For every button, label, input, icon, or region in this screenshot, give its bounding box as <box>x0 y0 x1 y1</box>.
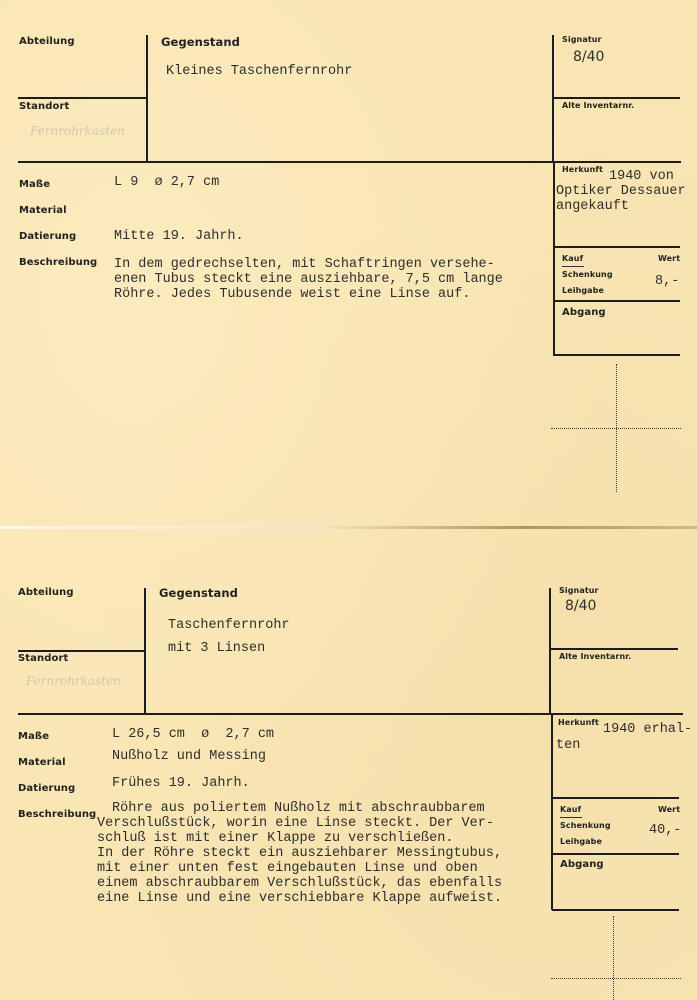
label-datierung: Datierung <box>19 231 76 242</box>
label-kauf: Kauf <box>560 805 581 814</box>
label-schenkung: Schenkung <box>562 270 613 279</box>
label-gegenstand: Gegenstand <box>159 586 238 600</box>
label-signatur: Signatur <box>562 35 602 44</box>
gegenstand-line-1: Taschenfernrohr <box>168 618 290 633</box>
label-beschreibung: Beschreibung <box>19 257 97 268</box>
divider-wert-abgang <box>553 300 680 302</box>
inventory-card-1: Abteilung Gegenstand Standort Signatur A… <box>0 0 697 527</box>
kauf-underline <box>560 817 582 818</box>
beschreibung-line: Verschlußstück, worin eine Linse steckt.… <box>97 816 494 831</box>
beschreibung-line: mit einer unten fest eingebauten Linse u… <box>97 861 478 876</box>
label-leihgabe: Leihgabe <box>562 286 604 295</box>
datierung-value: Frühes 19. Jahrh. <box>112 776 250 791</box>
divider-abgang-bottom <box>552 909 679 911</box>
divider-herkunft-vertical <box>553 163 555 356</box>
label-material: Material <box>19 205 67 216</box>
label-masse: Maße <box>18 731 49 742</box>
divider-left-vertical <box>146 35 148 162</box>
masse-value: L 9 ø 2,7 cm <box>114 175 219 190</box>
beschreibung-line: In dem gedrechselten, mit Schaftringen v… <box>114 257 495 272</box>
gegenstand-line-2: mit 3 Linsen <box>168 641 265 656</box>
label-herkunft: Herkunft <box>562 165 603 174</box>
punch-cross-horizontal <box>551 428 681 429</box>
label-standort: Standort <box>18 653 68 664</box>
signatur-value: 8/40 <box>573 50 604 65</box>
material-value: Nußholz und Messing <box>112 749 266 764</box>
herkunft-line-1: 1940 von <box>609 169 674 184</box>
gegenstand-line-1: Kleines Taschenfernrohr <box>166 64 352 79</box>
label-herkunft: Herkunft <box>558 718 599 727</box>
herkunft-line-3: angekauft <box>556 199 629 214</box>
label-alte-inventarnr: Alte Inventarnr. <box>562 101 634 110</box>
divider-abteilung-standort <box>18 97 146 99</box>
divider-abteilung-standort <box>18 650 144 652</box>
label-alte-inventarnr: Alte Inventarnr. <box>559 652 631 661</box>
beschreibung-line: einem abschraubbarem Verschlußstück, das… <box>97 876 502 891</box>
datierung-value: Mitte 19. Jahrh. <box>114 229 244 244</box>
punch-cross-vertical <box>613 916 614 1000</box>
divider-signatur-inventar <box>553 97 680 99</box>
label-wert: Wert <box>658 805 680 814</box>
herkunft-line-2: Optiker Dessauer <box>556 184 686 199</box>
label-signatur: Signatur <box>559 586 599 595</box>
label-material: Material <box>18 757 66 768</box>
herkunft-line-2: ten <box>556 738 580 753</box>
standort-handwritten: Fernrohrkasten <box>30 124 125 138</box>
wert-value: 8,- <box>655 274 679 289</box>
label-datierung: Datierung <box>18 783 75 794</box>
label-schenkung: Schenkung <box>560 821 611 830</box>
divider-header-main <box>18 713 683 715</box>
label-gegenstand: Gegenstand <box>161 35 240 49</box>
label-abteilung: Abteilung <box>19 36 75 47</box>
beschreibung-line: Röhre aus poliertem Nußholz mit abschrau… <box>112 801 485 816</box>
beschreibung-line: enen Tubus steckt eine ausziehbare, 7,5 … <box>114 272 503 287</box>
punch-cross-horizontal <box>551 978 681 979</box>
beschreibung-line: In der Röhre steckt ein ausziehbarer Mes… <box>97 846 502 861</box>
divider-right-vertical <box>552 35 554 162</box>
divider-signatur-inventar <box>550 648 678 650</box>
divider-header-main <box>18 161 681 163</box>
label-masse: Maße <box>19 179 50 190</box>
divider-herkunft-wert <box>552 797 679 799</box>
label-wert: Wert <box>658 254 680 263</box>
label-kauf: Kauf <box>562 254 583 263</box>
herkunft-line-1: 1940 erhal- <box>603 722 692 737</box>
beschreibung-line: eine Linse und eine verschiebbare Klappe… <box>97 891 502 906</box>
divider-abgang-bottom <box>553 354 680 356</box>
label-abgang: Abgang <box>560 859 604 870</box>
beschreibung-line: Röhre. Jedes Tubusende weist eine Linse … <box>114 287 470 302</box>
label-abgang: Abgang <box>562 307 606 318</box>
masse-value: L 26,5 cm ø 2,7 cm <box>112 727 274 742</box>
label-standort: Standort <box>19 101 69 112</box>
kauf-underline <box>562 266 584 267</box>
divider-herkunft-wert <box>553 246 680 248</box>
label-leihgabe: Leihgabe <box>560 837 602 846</box>
beschreibung-line: schluß ist mit einer Klappe zu verschlie… <box>97 831 453 846</box>
label-abteilung: Abteilung <box>18 587 74 598</box>
divider-herkunft-vertical <box>551 715 553 910</box>
wert-value: 40,- <box>649 823 681 838</box>
signatur-value: 8/40 <box>565 599 596 614</box>
divider-right-vertical <box>549 588 551 714</box>
standort-handwritten: Fernrohrkasten <box>26 674 121 688</box>
divider-left-vertical <box>144 588 146 714</box>
divider-wert-abgang <box>552 853 679 855</box>
label-beschreibung: Beschreibung <box>18 809 96 820</box>
inventory-card-2: Abteilung Gegenstand Standort Signatur A… <box>0 528 697 1000</box>
